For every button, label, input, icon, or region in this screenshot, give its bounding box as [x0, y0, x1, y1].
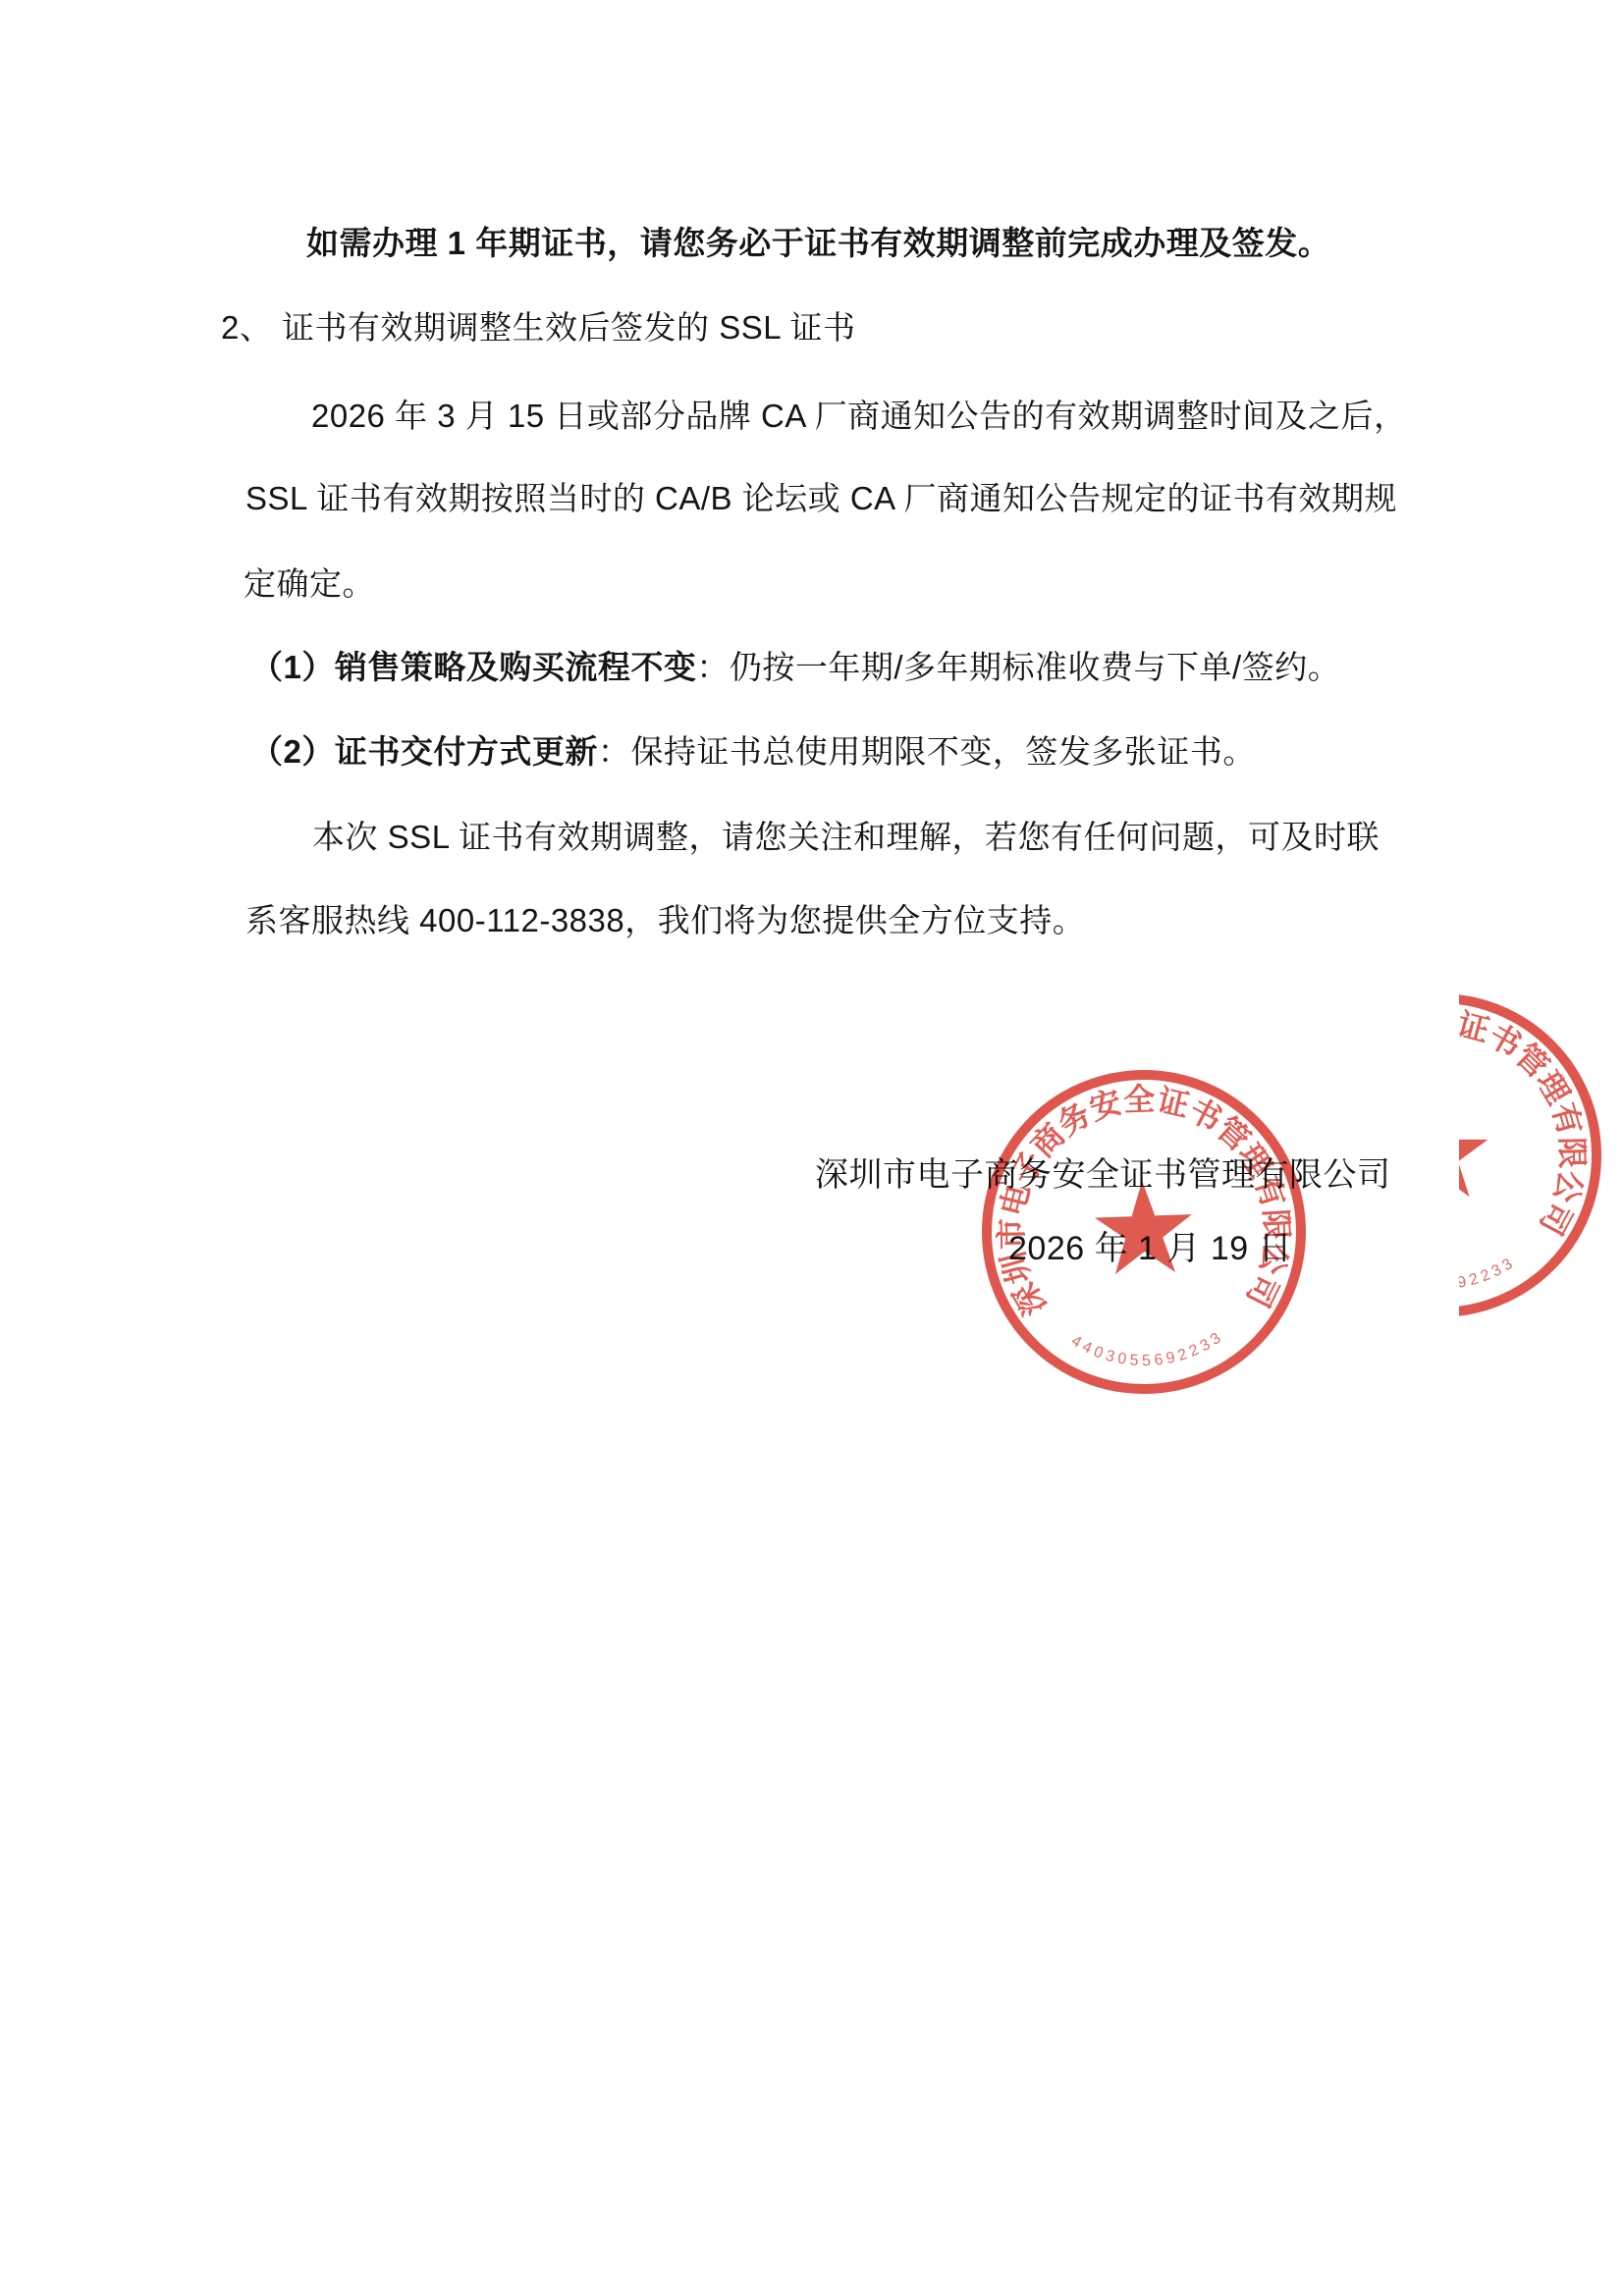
seal-serial: 4403055692233	[1360, 1254, 1519, 1293]
warning-line: 如需办理 1 年期证书，请您务必于证书有效期调整前完成办理及签发。	[306, 224, 1330, 263]
paragraph-line-1: 2026 年 3 月 15 日或部分品牌 CA 厂商通知公告的有效期调整时间及之…	[311, 397, 1407, 436]
closing-line-1: 本次 SSL 证书有效期调整，请您关注和理解，若您有任何问题，可及时联	[312, 818, 1380, 857]
list-item-1-title: （1）销售策略及购买流程不变	[250, 649, 696, 685]
seal-serial: 4403055692233	[1068, 1327, 1228, 1372]
seal-star-icon	[1094, 1179, 1194, 1274]
official-seal: 深圳市电子商务安全证书管理有限公司 4403055692233	[973, 1061, 1315, 1403]
svg-text:4403055692233: 4403055692233	[1360, 1254, 1519, 1293]
list-item-2-title: （2）证书交付方式更新	[250, 733, 598, 770]
list-item-2-text: ：保持证书总使用期限不变，签发多张证书。	[598, 733, 1256, 770]
list-item-2: （2）证书交付方式更新：保持证书总使用期限不变，签发多张证书。	[250, 732, 1256, 772]
list-item-1: （1）销售策略及购买流程不变：仍按一年期/多年期标准收费与下单/签约。	[250, 648, 1340, 687]
seal-star-icon	[1391, 1104, 1489, 1197]
list-item-1-text: ：仍按一年期/多年期标准收费与下单/签约。	[696, 649, 1340, 685]
closing-line-2: 系客服热线 400-112-3838，我们将为您提供全方位支持。	[245, 901, 1085, 940]
paragraph-line-2: SSL 证书有效期按照当时的 CA/B 论坛或 CA 厂商通知公告规定的证书有效…	[245, 479, 1397, 518]
document-page: 如需办理 1 年期证书，请您务必于证书有效期调整前完成办理及签发。 2、 证书有…	[0, 0, 1624, 2296]
svg-text:4403055692233: 4403055692233	[1068, 1327, 1228, 1372]
paragraph-line-3: 定确定。	[244, 564, 375, 604]
section-heading-2: 2、 证书有效期调整生效后签发的 SSL 证书	[221, 308, 856, 347]
